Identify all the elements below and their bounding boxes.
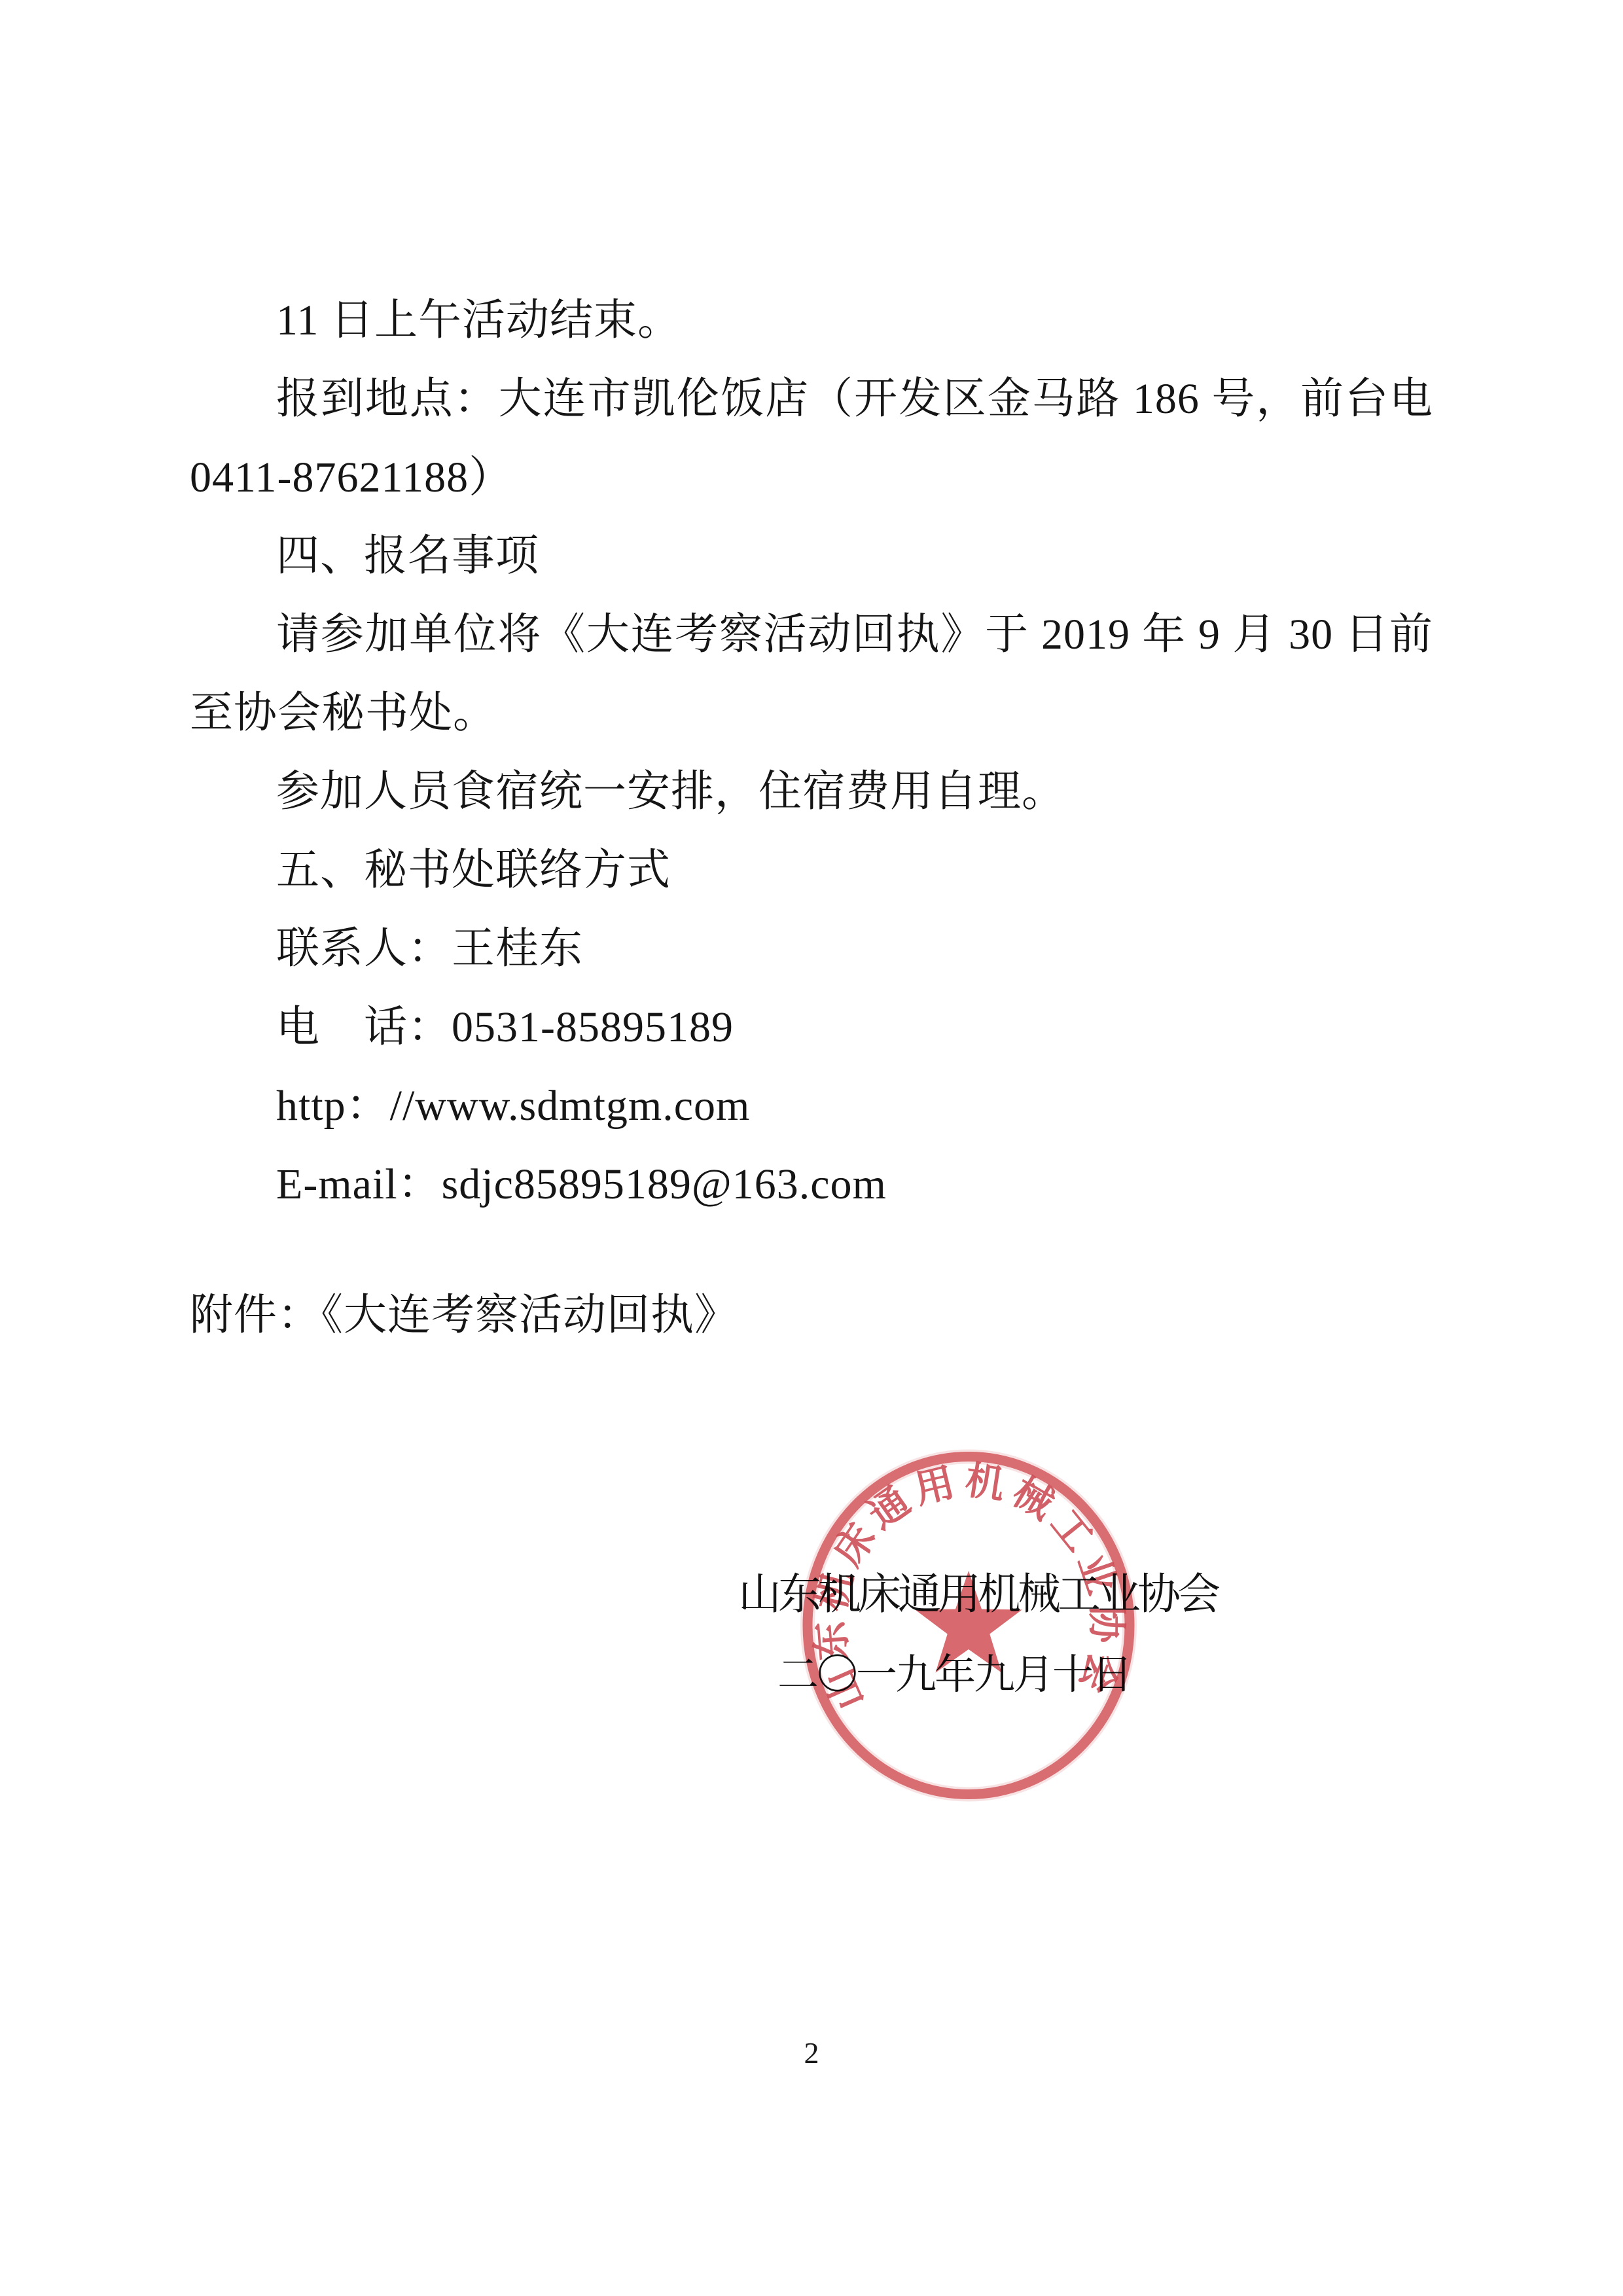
body-line: 0411-87621188） bbox=[190, 439, 1433, 517]
body-line: 四、报名事项 bbox=[190, 517, 1433, 596]
body-line: 11 日上午活动结束。 bbox=[190, 281, 1433, 360]
page-number: 2 bbox=[0, 2037, 1623, 2070]
attachment-line: 附件：《大连考察活动回执》 bbox=[190, 1276, 1433, 1355]
star-icon bbox=[915, 1571, 1022, 1673]
scanned-document-page: 11 日上午活动结束。 报到地点：大连市凯伦饭店（开发区金马路 186 号，前台… bbox=[0, 0, 1623, 2296]
body-line: 请参加单位将《大连考察活动回执》于 2019 年 9 月 30 日前 E-mai… bbox=[190, 596, 1433, 674]
body-line: 报到地点：大连市凯伦饭店（开发区金马路 186 号，前台电话： bbox=[190, 360, 1433, 439]
contact-person-line: 联系人：王桂东 bbox=[190, 910, 1433, 988]
blank-line bbox=[190, 1224, 1433, 1276]
website-line: http：//www.sdmtgm.com bbox=[190, 1067, 1433, 1145]
body-line: 至协会秘书处。 bbox=[190, 674, 1433, 753]
official-seal: 山东机床通用机械工业协会 bbox=[800, 1449, 1137, 1802]
body-line: 五、秘书处联络方式 bbox=[190, 831, 1433, 910]
email-line: E-mail：sdjc85895189@163.com bbox=[190, 1145, 1433, 1224]
phone-line: 电 话：0531-85895189 bbox=[190, 988, 1433, 1067]
document-body: 11 日上午活动结束。 报到地点：大连市凯伦饭店（开发区金马路 186 号，前台… bbox=[190, 281, 1433, 1355]
body-line: 参加人员食宿统一安排，住宿费用自理。 bbox=[190, 753, 1433, 831]
